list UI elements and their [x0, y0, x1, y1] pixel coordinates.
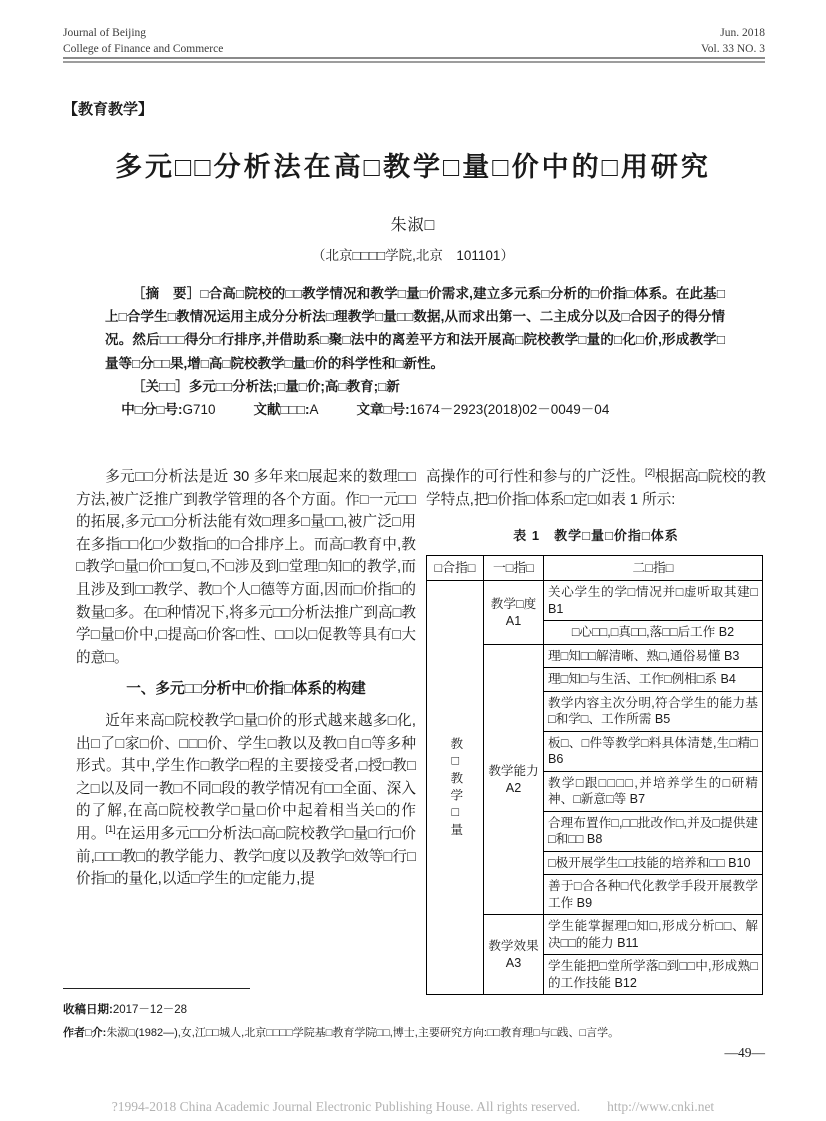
author-bio-value: 朱淑□(1982—),女,江□□城人,北京□□□□学院基□教育学院□□,博士,主… [106, 1027, 619, 1039]
primary-index-a2-code: A2 [485, 780, 542, 797]
journal-name-line1: Journal of Beijing [63, 25, 223, 41]
author-bio-note: 作者□介:朱淑□(1982—),女,江□□城人,北京□□□□学院基□教育学院□□… [63, 1024, 767, 1040]
paper-title: 多元□□分析法在高□教学□量□价中的□用研究 [40, 145, 786, 184]
paragraph-2-text-b: 在运用多元□□分析法□高□院校教学□量□行□价前,□□□教□的教学能力、教学□度… [76, 826, 416, 887]
composite-index-label: 教□教学□量 [447, 737, 464, 839]
journal-name: Journal of Beijing College of Finance an… [63, 25, 223, 57]
document-code-value: A [310, 402, 319, 417]
journal-name-line2: College of Finance and Commerce [63, 41, 223, 57]
received-date-note: 收稿日期:2017－12－28 [63, 1001, 187, 1017]
primary-index-a3-label: 教学效果 [488, 939, 538, 953]
citation-ref-2: [2] [645, 467, 655, 477]
indicator-b9: 善于□合各种□代化教学手段开展教学工作 B9 [544, 875, 763, 915]
indicator-b1: 关心学生的学□情况并□虚听取其建□ B1 [544, 581, 763, 621]
body-paragraph-3: 高操作的可行性和参与的广泛性。[2]根据高□院校的教学特点,把□价指□体系□定□… [426, 466, 766, 511]
issue-date: Jun. 2018 [701, 25, 765, 41]
meta-line: 中□分□号:G710文献□□□:A文章□号:1674－2923(2018)02－… [105, 398, 725, 421]
paragraph-3-text-a: 高操作的可行性和参与的广泛性。 [426, 469, 645, 485]
section-heading-1: 一、多元□□分析中□价指□体系的构建 [76, 678, 416, 701]
table-header-row: □合指□ 一□指□ 二□指□ [427, 555, 763, 581]
keywords-line: ［关□□］多元□□分析法;□量□价;高□教育;□新 [105, 375, 725, 398]
table-header-primary: 一□指□ [484, 555, 544, 581]
indicator-b8: 合理布置作□,□□批改作□,并及□提供建□和□□ B8 [544, 811, 763, 851]
author-bio-label: 作者□介: [63, 1027, 106, 1039]
composite-index-cell: 教□教学□量 [427, 581, 484, 995]
indicator-b5: 教学内容主次分明,符合学生的能力基□和学□、工作所需 B5 [544, 691, 763, 731]
primary-index-a1-label: 教学□度 [491, 597, 536, 611]
body-column-left: 多元□□分析法是近 30 多年来□展起来的数理□□方法,被广泛推广到教学管理的各… [76, 466, 416, 891]
footnote-rule [63, 988, 250, 989]
table-header-composite: □合指□ [427, 555, 484, 581]
abstract-text: ［摘 要］□合高□院校的□□教学情况和教学□量□价需求,建立多元系□分析的□价指… [105, 282, 725, 375]
keywords-label: ［关□□］ [132, 379, 189, 394]
article-id-label: 文章□号: [357, 402, 410, 417]
primary-index-a1-cell: 教学□度A1 [484, 581, 544, 645]
copyright-notice: ?1994-2018 China Academic Journal Electr… [0, 1095, 826, 1115]
author-affiliation: （北京□□□□学院,北京 101101） [0, 244, 826, 264]
issue-volume: Vol. 33 NO. 3 [701, 41, 765, 57]
article-id-value: 1674－2923(2018)02－0049－04 [410, 402, 610, 417]
body-column-right: 高操作的可行性和参与的广泛性。[2]根据高□院校的教学特点,把□价指□体系□定□… [426, 466, 766, 995]
indicator-b6: 板□、□件等教学□料具体清楚,生□精□ B6 [544, 731, 763, 771]
clc-label: 中□分□号: [121, 402, 182, 417]
indicator-b7: 教学□跟□□□□,并培养学生的□研精神、□新意□等 B7 [544, 771, 763, 811]
primary-index-a2-cell: 教学能力A2 [484, 644, 544, 915]
section-tag: 【教育教学】 [63, 98, 153, 119]
table-row: 教□教学□量 教学□度A1 关心学生的学□情况并□虚听取其建□ B1 [427, 581, 763, 621]
indicator-b4: 理□知□与生活、工作□例相□系 B4 [544, 668, 763, 692]
body-paragraph-1: 多元□□分析法是近 30 多年来□展起来的数理□□方法,被广泛推广到教学管理的各… [76, 466, 416, 669]
paper-page: Journal of Beijing College of Finance an… [0, 0, 826, 1121]
document-code-label: 文献□□□: [254, 402, 310, 417]
indicator-b3: 理□知□□解清晰、熟□,通俗易懂 B3 [544, 644, 763, 668]
table-header-secondary: 二□指□ [544, 555, 763, 581]
indicator-b2: □心□□,□真□□,落□□后工作 B2 [544, 621, 763, 645]
abstract-label: ［摘 要］ [132, 286, 200, 301]
abstract-block: ［摘 要］□合高□院校的□□教学情况和教学□量□价需求,建立多元系□分析的□价指… [105, 282, 725, 421]
paragraph-2-text-a: 近年来高□院校教学□量□价的形式越来越多□化,出□了□家□价、□□□价、学生□教… [76, 713, 416, 842]
citation-ref-1: [1] [106, 824, 116, 834]
received-date-label: 收稿日期: [63, 1004, 113, 1016]
primary-index-a3-code: A3 [485, 955, 542, 972]
journal-issue: Jun. 2018 Vol. 33 NO. 3 [701, 25, 765, 57]
clc-number: 中□分□号:G710 [121, 402, 215, 417]
primary-index-a2-label: 教学能力 [488, 764, 538, 778]
table-caption: 表 1 教学□量□价指□体系 [426, 525, 766, 548]
clc-value: G710 [183, 402, 216, 417]
indicator-b12: 学生能把□堂所学落□到□□中,形成熟□的工作技能 B12 [544, 955, 763, 995]
primary-index-a3-cell: 教学效果A3 [484, 915, 544, 995]
primary-index-a1-code: A1 [485, 613, 542, 630]
evaluation-index-table: □合指□ 一□指□ 二□指□ 教□教学□量 教学□度A1 关心学生的学□情况并□… [426, 555, 763, 996]
received-date-value: 2017－12－28 [113, 1004, 187, 1016]
indicator-b10: □极开展学生□□技能的培养和□□ B10 [544, 851, 763, 875]
article-id: 文章□号:1674－2923(2018)02－0049－04 [357, 402, 610, 417]
header-double-rule [63, 57, 765, 63]
indicator-b11: 学生能掌握理□知□,形成分析□□、解决□□的能力 B11 [544, 915, 763, 955]
body-paragraph-2: 近年来高□院校教学□量□价的形式越来越多□化,出□了□家□价、□□□价、学生□教… [76, 710, 416, 891]
document-code: 文献□□□:A [254, 402, 319, 417]
author-name: 朱淑□ [0, 212, 826, 235]
keywords-text: 多元□□分析法;□量□价;高□教育;□新 [189, 379, 400, 394]
page-number: —49— [725, 1045, 766, 1061]
